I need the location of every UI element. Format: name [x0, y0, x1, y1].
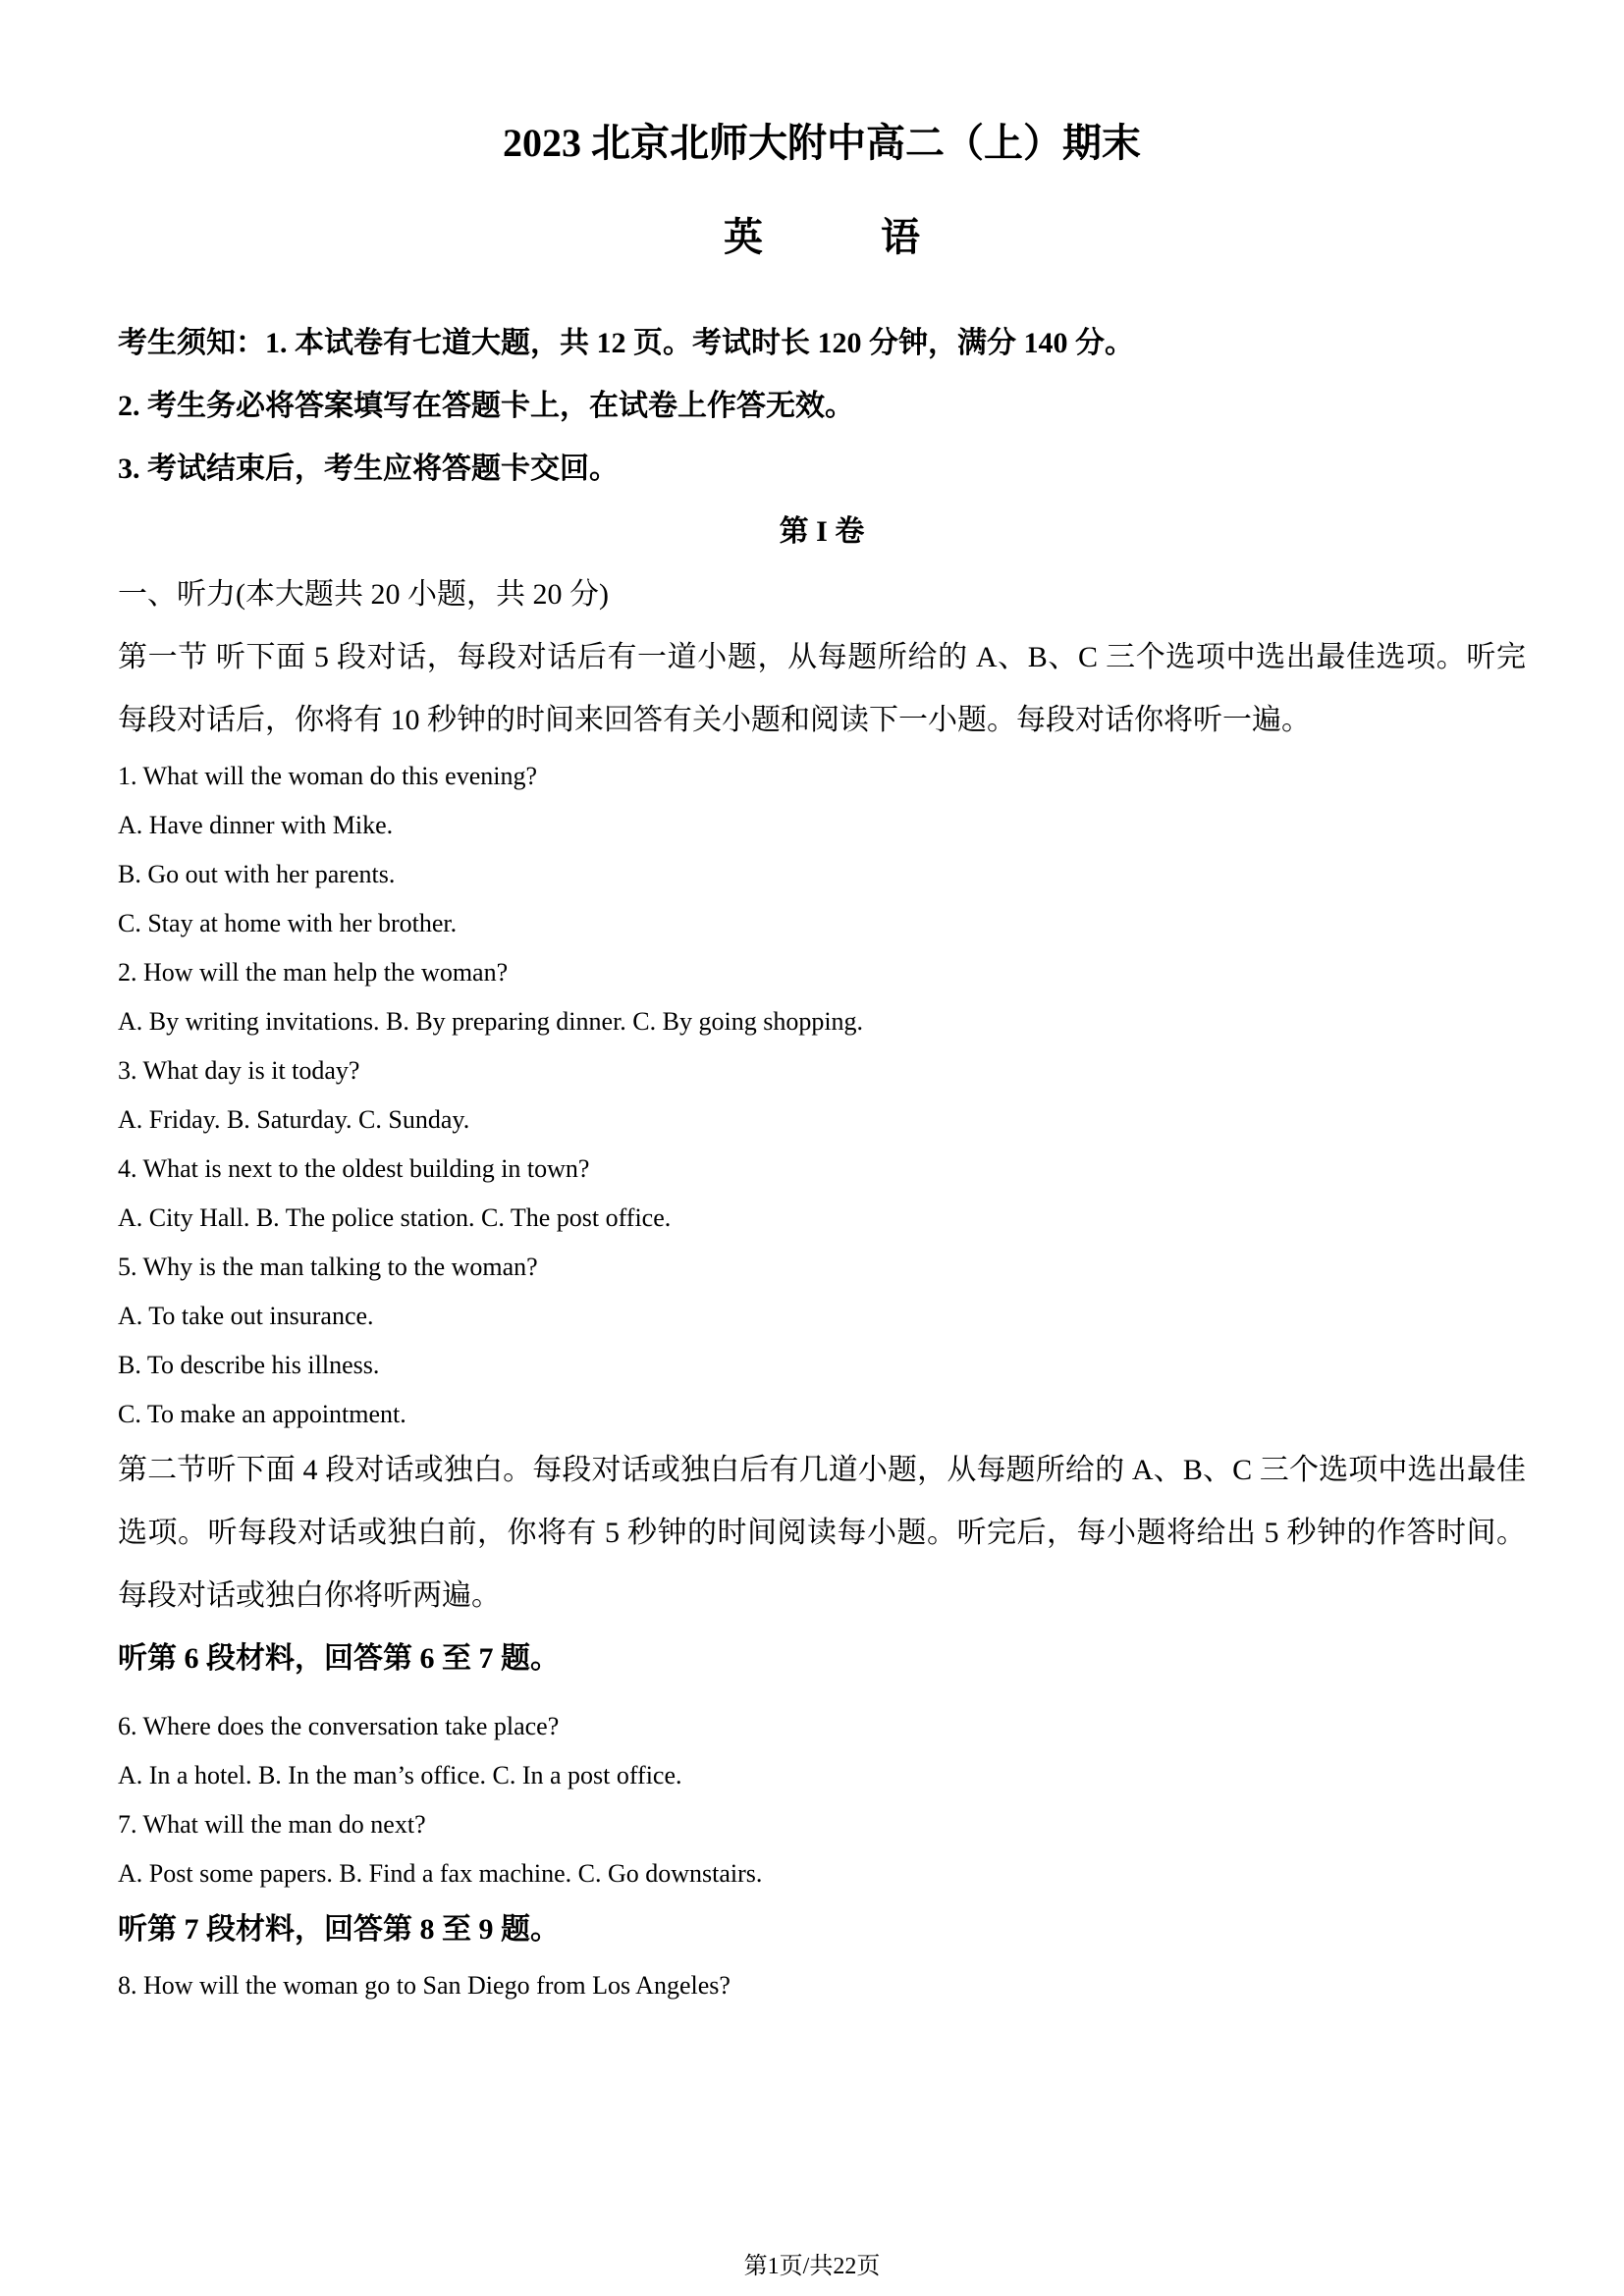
- option-line: A. Friday. B. Saturday. C. Sunday.: [118, 1095, 1526, 1145]
- notice-line: 考生须知：1. 本试卷有七道大题，共 12 页。考试时长 120 分钟，满分 1…: [118, 312, 1526, 375]
- option-line: A. In a hotel. B. In the man’s office. C…: [118, 1751, 1526, 1800]
- question-line: 5. Why is the man talking to the woman?: [118, 1243, 1526, 1292]
- question-line: 7. What will the man do next?: [118, 1800, 1526, 1849]
- listening-section-heading: 一、听力(本大题共 20 小题，共 20 分): [118, 563, 1526, 626]
- subject-title: 英 语: [118, 210, 1526, 265]
- page-number-indicator: 第1页/共22页: [0, 2252, 1624, 2281]
- question-line: 4. What is next to the oldest building i…: [118, 1145, 1526, 1194]
- notice-line: 3. 考试结束后，考生应将答题卡交回。: [118, 438, 1526, 501]
- option-line: A. To take out insurance.: [118, 1292, 1526, 1341]
- section2-intro: 第二节听下面 4 段对话或独白。每段对话或独白后有几道小题，从每题所给的 A、B…: [118, 1439, 1526, 1628]
- material-header: 听第 7 段材料，回答第 8 至 9 题。: [118, 1898, 1526, 1961]
- option-line: C. To make an appointment.: [118, 1390, 1526, 1439]
- option-line: A. City Hall. B. The police station. C. …: [118, 1194, 1526, 1243]
- option-line: A. By writing invitations. B. By prepari…: [118, 997, 1526, 1046]
- material-header: 听第 6 段材料，回答第 6 至 7 题。: [118, 1628, 1526, 1690]
- question-line: 1. What will the woman do this evening?: [118, 752, 1526, 801]
- option-line: A. Have dinner with Mike.: [118, 801, 1526, 850]
- question-line: 6. Where does the conversation take plac…: [118, 1702, 1526, 1751]
- notice-block: 考生须知：1. 本试卷有七道大题，共 12 页。考试时长 120 分钟，满分 1…: [118, 312, 1526, 501]
- volume-heading: 第 I 卷: [118, 501, 1526, 563]
- section1-intro: 第一节 听下面 5 段对话，每段对话后有一道小题，从每题所给的 A、B、C 三个…: [118, 626, 1526, 752]
- question-line: 2. How will the man help the woman?: [118, 948, 1526, 997]
- option-line: C. Stay at home with her brother.: [118, 899, 1526, 948]
- option-line: B. Go out with her parents.: [118, 850, 1526, 899]
- option-line: B. To describe his illness.: [118, 1341, 1526, 1390]
- notice-line: 2. 考生务必将答案填写在答题卡上，在试卷上作答无效。: [118, 375, 1526, 438]
- question-line: 3. What day is it today?: [118, 1046, 1526, 1095]
- option-line: A. Post some papers. B. Find a fax machi…: [118, 1849, 1526, 1898]
- page-title: 2023 北京北师大附中高二（上）期末: [118, 116, 1526, 171]
- exam-page: 2023 北京北师大附中高二（上）期末 英 语 考生须知：1. 本试卷有七道大题…: [0, 0, 1624, 2296]
- question-line: 8. How will the woman go to San Diego fr…: [118, 1961, 1526, 2010]
